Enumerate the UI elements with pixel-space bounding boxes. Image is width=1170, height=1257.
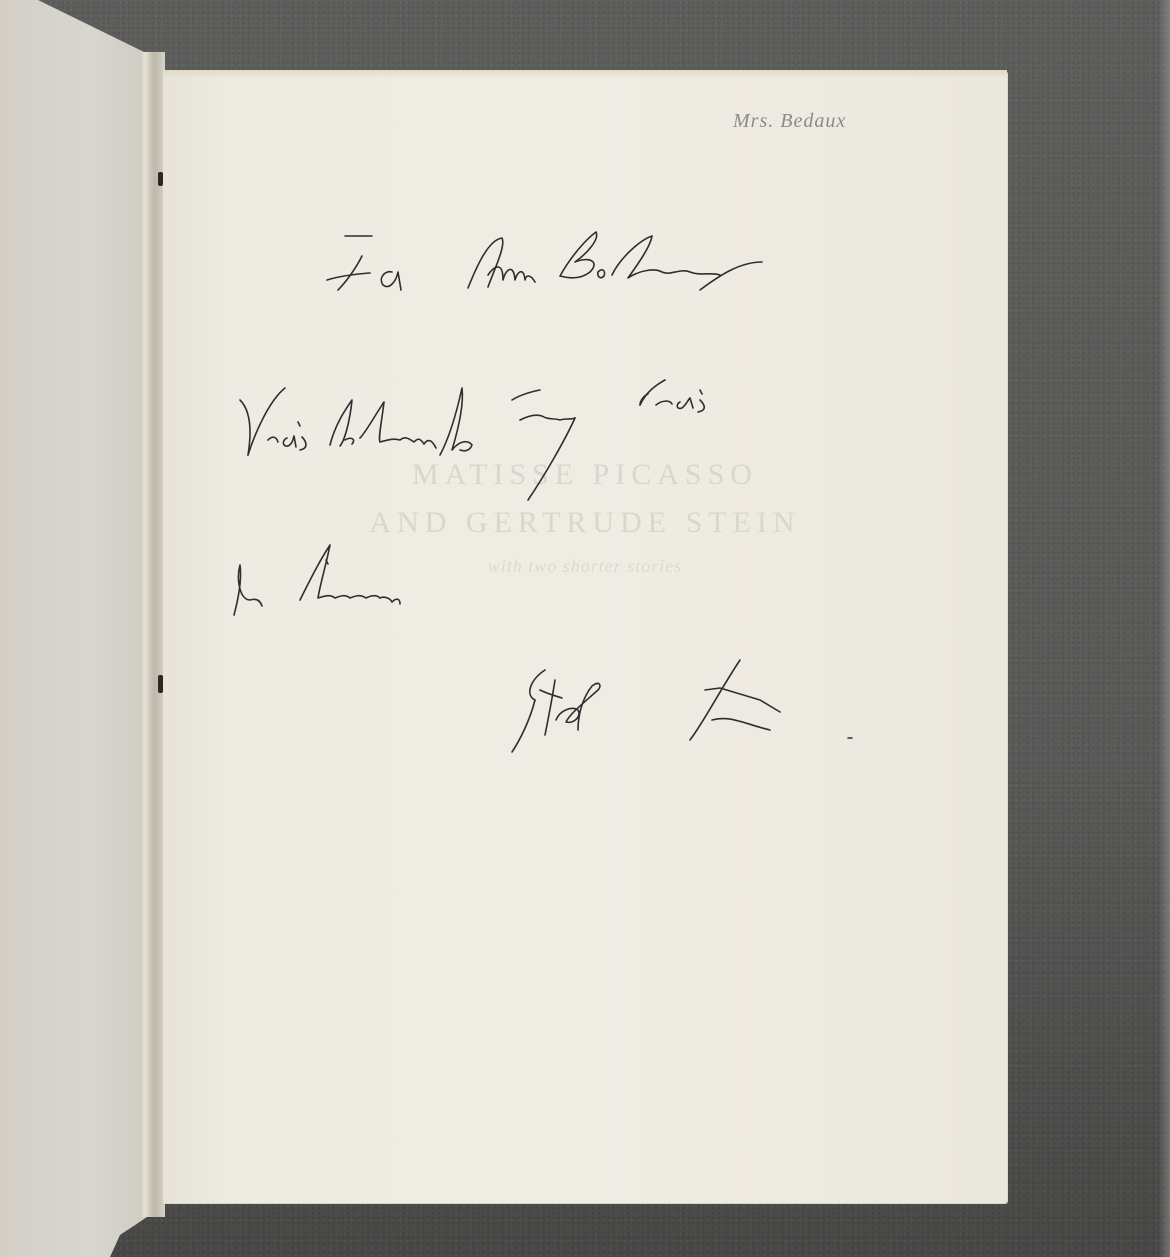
printed-title-line-2: AND GERTRUDE STEIN bbox=[163, 506, 1007, 540]
printed-subtitle: with two shorter stories bbox=[163, 556, 1007, 577]
left-page bbox=[0, 0, 150, 1257]
half-title-page: Mrs. Bedaux MATISSE PICASSO AND GERTRUDE… bbox=[163, 70, 1007, 1203]
book-gutter bbox=[140, 52, 165, 1217]
background-edge bbox=[1158, 0, 1170, 1257]
printed-title-line-1: MATISSE PICASSO bbox=[163, 458, 1007, 492]
pencil-annotation: Mrs. Bedaux bbox=[733, 110, 846, 133]
